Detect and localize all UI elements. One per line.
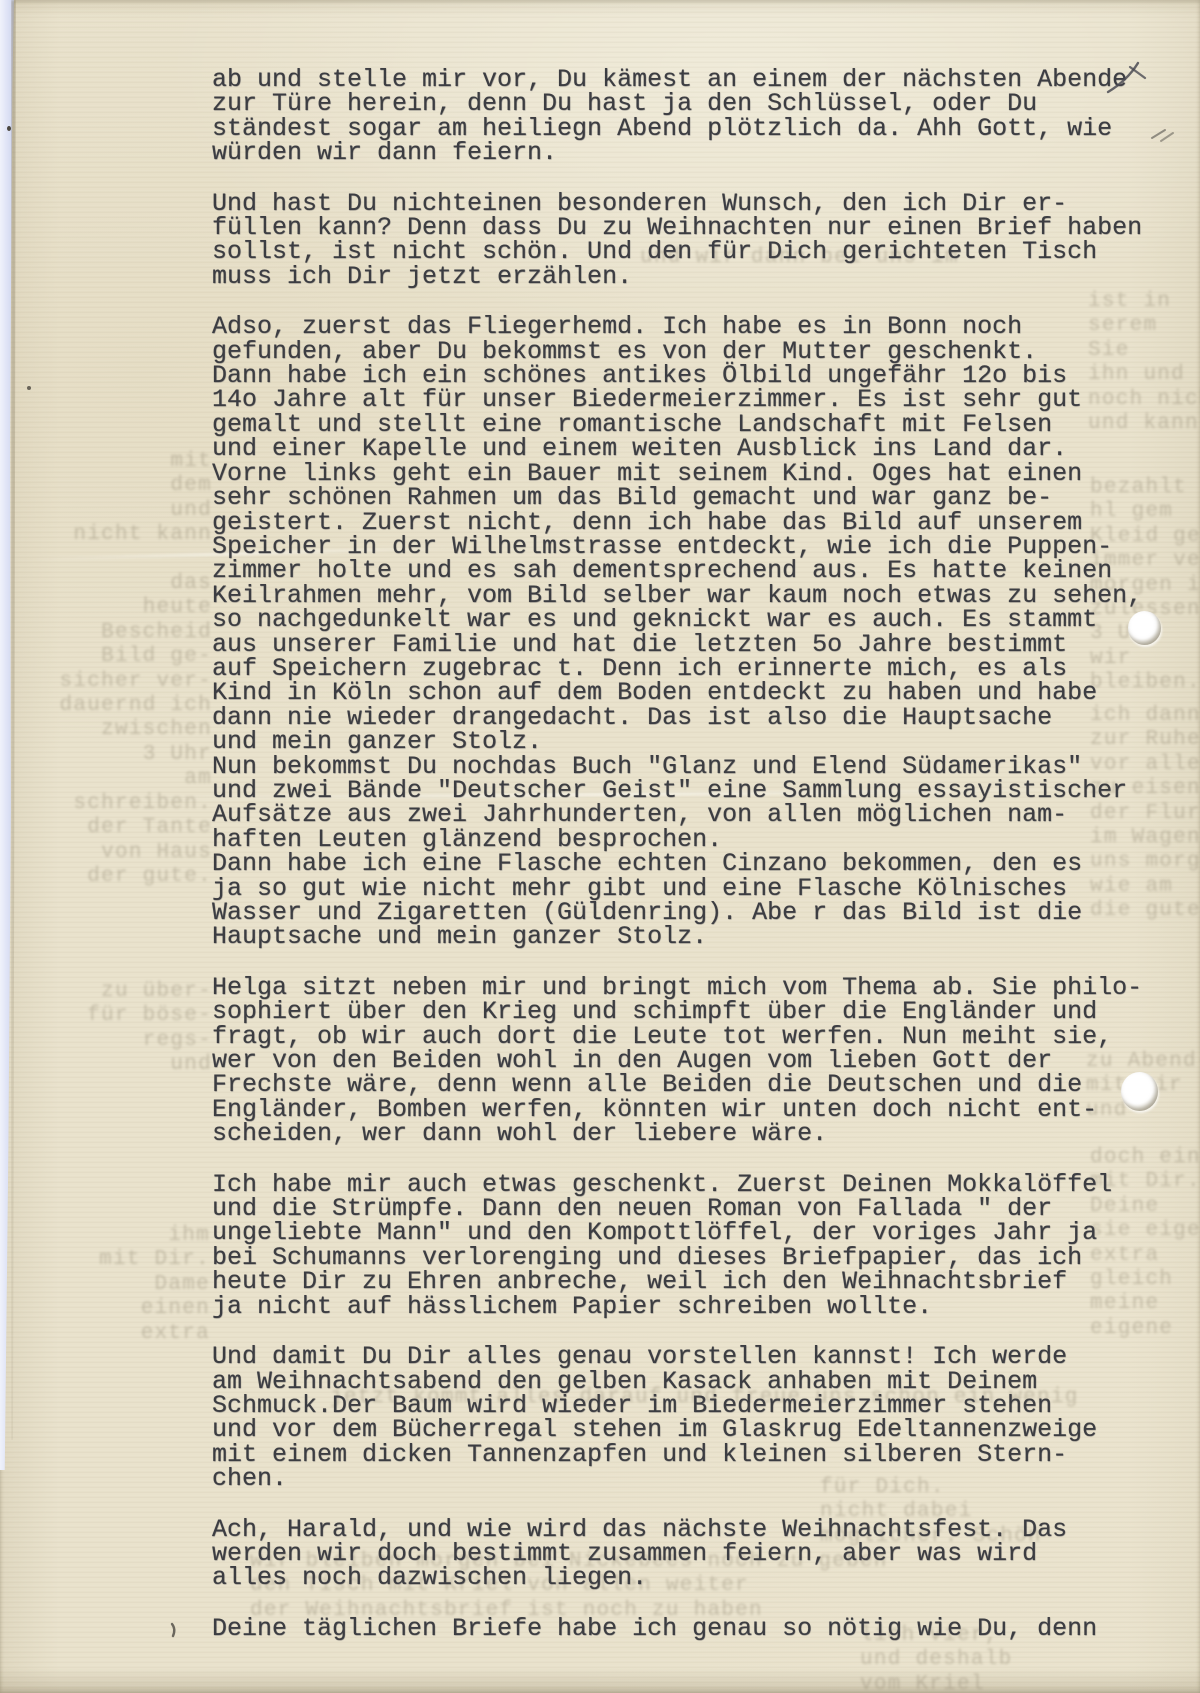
punch-hole bbox=[1121, 1072, 1158, 1111]
bleedthrough-text: ihm mit Dir. Dame einen extra bbox=[50, 1224, 210, 1346]
letter-paragraph: Und hast Du nichteinen besonderen Wunsch… bbox=[212, 192, 1172, 290]
letter-paragraph: Deine täglichen Briefe habe ich genau so… bbox=[212, 1617, 1172, 1641]
punch-hole bbox=[1128, 611, 1161, 645]
letter-paragraph: Ich habe mir auch etwas geschenkt. Zuers… bbox=[212, 1173, 1172, 1319]
letter-body: ab und stelle mir vor, Du kämest an eine… bbox=[212, 68, 1172, 1641]
bleedthrough-text: zu über- für böse- regs- und bbox=[62, 980, 212, 1078]
ink-speck bbox=[7, 126, 11, 131]
letter-page: und wir dann bei uns im ist in serem Sie… bbox=[0, 0, 1200, 1693]
letter-paragraph: Adso, zuerst das Fliegerhemd. Ich habe e… bbox=[212, 315, 1172, 950]
letter-paragraph: ab und stelle mir vor, Du kämest an eine… bbox=[212, 68, 1172, 166]
letter-paragraph: Helga sitzt neben mir und bringt mich vo… bbox=[212, 976, 1172, 1147]
ink-speck bbox=[27, 386, 31, 390]
paper-torn-edge-shadow bbox=[11, 0, 16, 1440]
letter-paragraph: Und damit Du Dir alles genau vorstellen … bbox=[212, 1345, 1172, 1491]
bleedthrough-text: mit dem und nicht kann das heute Beschei… bbox=[50, 450, 212, 889]
letter-paragraph: Ach, Harald, und wie wird das nächste We… bbox=[212, 1518, 1172, 1591]
